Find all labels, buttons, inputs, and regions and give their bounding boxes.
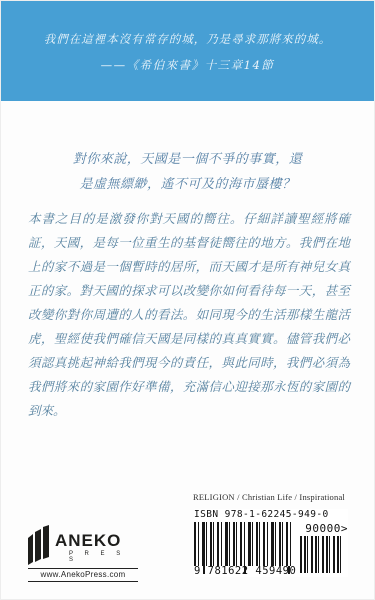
publisher-website: www.AnekoPress.com (28, 568, 138, 582)
isbn-digits: 9 781622 459490 (194, 565, 292, 577)
isbn-barcode-block: ISBN 978-1-62245-949-0 9 781622 459490 9… (194, 509, 348, 577)
tagline-line1: 對你來說，天國是一個不爭的事實，還 (1, 147, 374, 172)
ean13-barcode: 9 781622 459490 (194, 522, 292, 577)
ean5-addon-barcode: 90000> (300, 522, 348, 573)
book-back-cover: 我們在這裡本沒有常存的城，乃是尋求那將來的城。 ——《希伯來書》十三章14節 對… (0, 0, 375, 600)
price-addon-code: 90000> (300, 522, 348, 535)
synopsis-paragraph: 本書之目的是激發你對天國的嚮往。仔細詳讀聖經將確証，天國，是每一位重生的基督徒嚮… (28, 207, 350, 423)
addon-barcode-bars-icon (300, 536, 342, 573)
publisher-name: ANEKO (55, 532, 138, 549)
tagline-question: 對你來說，天國是一個不爭的事實，還 是虛無縹緲，遙不可及的海市蜃樓？ (1, 147, 374, 197)
tagline-line2: 是虛無縹緲，遙不可及的海市蜃樓？ (1, 172, 374, 197)
category-label: RELIGION / Christian Life / Inspirationa… (193, 492, 345, 502)
barcode-bars-icon (194, 522, 292, 566)
scripture-verse: 我們在這裡本沒有常存的城，乃是尋求那將來的城。 (1, 28, 374, 50)
book-pages-icon (28, 525, 54, 565)
publisher-imprint: P R E S S (55, 551, 138, 563)
scripture-banner: 我們在這裡本沒有常存的城，乃是尋求那將來的城。 ——《希伯來書》十三章14節 (1, 1, 374, 101)
publisher-logo: ANEKO P R E S S www.AnekoPress.com (28, 525, 138, 582)
scripture-attribution: ——《希伯來書》十三章14節 (1, 54, 374, 76)
isbn-label: ISBN 978-1-62245-949-0 (194, 509, 348, 520)
